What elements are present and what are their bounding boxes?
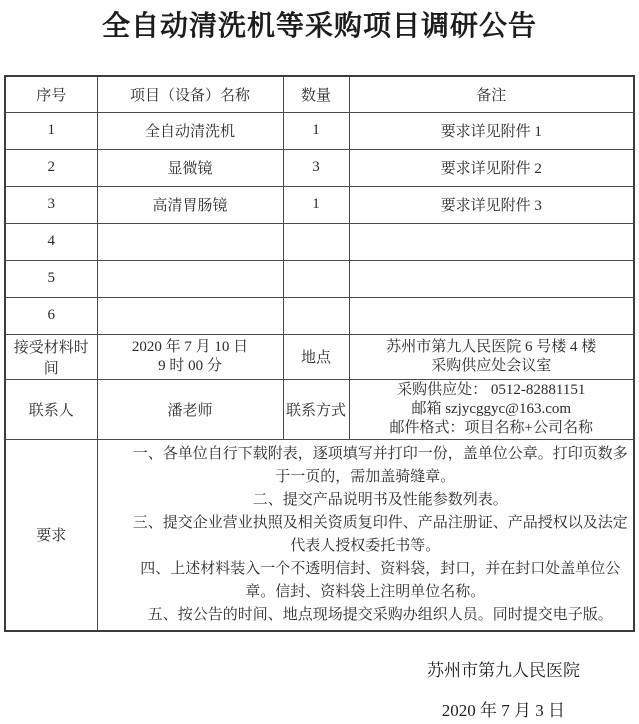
item-name: 显微镜	[97, 149, 283, 186]
contact-row: 联系人 潘老师 联系方式 采购供应处： 0512-82881151 邮箱 szj…	[5, 379, 634, 439]
item-note: 要求详见附件 1	[349, 112, 634, 149]
item-no: 5	[5, 260, 97, 297]
item-note: 要求详见附件 3	[349, 186, 634, 223]
item-no: 6	[5, 297, 97, 334]
requirement-item: 五、按公告的时间、地点现场提交采购办组织人员。同时提交电子版。	[100, 604, 632, 627]
item-note: 要求详见附件 2	[349, 149, 634, 186]
contact-name: 潘老师	[97, 379, 283, 439]
item-no: 2	[5, 149, 97, 186]
item-no: 4	[5, 223, 97, 260]
item-qty	[283, 260, 349, 297]
table-row: 6	[5, 297, 634, 334]
item-name	[97, 260, 283, 297]
contact-label: 联系人	[5, 379, 97, 439]
procurement-table: 序号 项目（设备）名称 数量 备注 1 全自动清洗机 1 要求详见附件 1 2 …	[4, 75, 635, 632]
item-qty	[283, 223, 349, 260]
location-line2: 采购供应处会议室	[352, 357, 632, 376]
table-row: 1 全自动清洗机 1 要求详见附件 1	[5, 112, 634, 149]
table-row: 3 高清胃肠镜 1 要求详见附件 3	[5, 186, 634, 223]
accept-time-line2: 9 时 00 分	[100, 357, 281, 376]
item-note	[349, 223, 634, 260]
item-note	[349, 260, 634, 297]
item-name	[97, 297, 283, 334]
accept-time-value: 2020 年 7 月 10 日 9 时 00 分	[97, 334, 283, 379]
contact-method-phone: 采购供应处： 0512-82881151	[352, 381, 632, 400]
location-line1: 苏州市第九人民医院 6 号楼 4 楼	[352, 338, 632, 357]
table-row: 5	[5, 260, 634, 297]
requirements-label: 要求	[5, 439, 97, 631]
requirement-item: 四、上述材料装入一个不透明信封、资料袋，封口，并在封口处盖单位公章。信封、资料袋…	[100, 558, 632, 604]
column-header-name: 项目（设备）名称	[97, 76, 283, 112]
requirement-item: 二、提交产品说明书及性能参数列表。	[100, 489, 632, 512]
location-value: 苏州市第九人民医院 6 号楼 4 楼 采购供应处会议室	[349, 334, 634, 379]
item-name	[97, 223, 283, 260]
accept-time-line1: 2020 年 7 月 10 日	[100, 338, 281, 357]
contact-method-format: 邮件格式：项目名称+公司名称	[352, 419, 632, 438]
requirement-item: 一、各单位自行下载附表，逐项填写并打印一份，盖单位公章。打印页数多于一页的，需加…	[100, 443, 632, 489]
requirements-row: 要求 一、各单位自行下载附表，逐项填写并打印一份，盖单位公章。打印页数多于一页的…	[5, 439, 634, 631]
table-header-row: 序号 项目（设备）名称 数量 备注	[5, 76, 634, 112]
requirement-item: 三、提交企业营业执照及相关资质复印件、产品注册证、产品授权以及法定代表人授权委托…	[100, 512, 632, 558]
accept-time-row: 接受材料时间 2020 年 7 月 10 日 9 时 00 分 地点 苏州市第九…	[5, 334, 634, 379]
item-qty: 3	[283, 149, 349, 186]
item-no: 1	[5, 112, 97, 149]
document-title: 全自动清洗机等采购项目调研公告	[0, 4, 639, 44]
accept-time-label: 接受材料时间	[5, 334, 97, 379]
column-header-note: 备注	[349, 76, 634, 112]
signature-date: 2020 年 7 月 3 日	[0, 696, 639, 721]
location-label: 地点	[283, 334, 349, 379]
item-qty: 1	[283, 112, 349, 149]
signature: 苏州市第九人民医院	[0, 656, 639, 681]
table-row: 4	[5, 223, 634, 260]
table-row: 2 显微镜 3 要求详见附件 2	[5, 149, 634, 186]
item-qty: 1	[283, 186, 349, 223]
document-page: 全自动清洗机等采购项目调研公告 序号 项目（设备）名称 数量 备注 1 全自动清…	[0, 0, 639, 724]
column-header-qty: 数量	[283, 76, 349, 112]
item-name: 全自动清洗机	[97, 112, 283, 149]
item-qty	[283, 297, 349, 334]
contact-method-label: 联系方式	[283, 379, 349, 439]
item-note	[349, 297, 634, 334]
requirements-content: 一、各单位自行下载附表，逐项填写并打印一份，盖单位公章。打印页数多于一页的，需加…	[97, 439, 634, 631]
contact-method-value: 采购供应处： 0512-82881151 邮箱 szjycggyc@163.co…	[349, 379, 634, 439]
column-header-no: 序号	[5, 76, 97, 112]
contact-method-email: 邮箱 szjycggyc@163.com	[352, 400, 632, 419]
item-no: 3	[5, 186, 97, 223]
item-name: 高清胃肠镜	[97, 186, 283, 223]
